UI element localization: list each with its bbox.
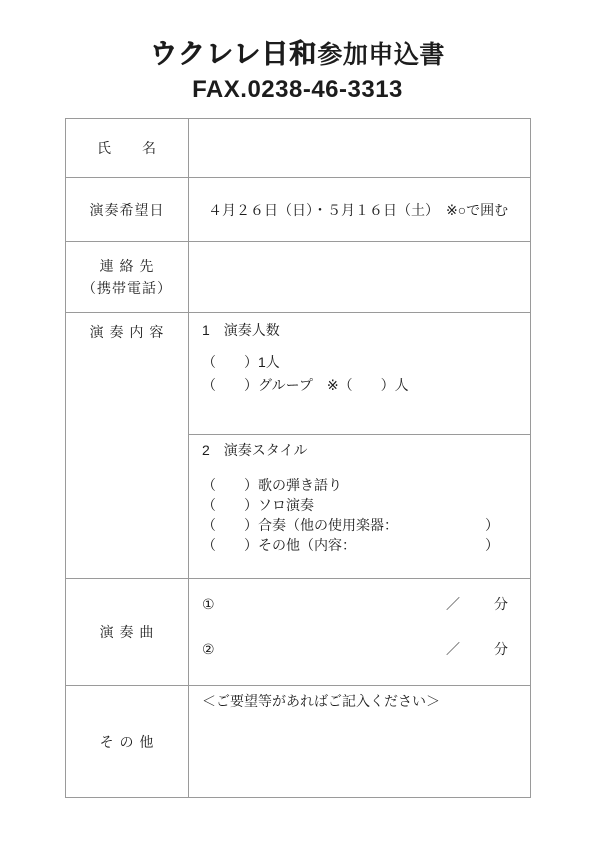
option-other-style-text: （ ）その他（内容： <box>202 535 356 555</box>
name-label: 氏 名 <box>66 119 189 178</box>
application-form-table: 氏 名 演奏希望日 ４月２６日（日）・５月１６日（土） ※○で囲む 連 絡 先 … <box>65 118 531 798</box>
option-other-style-close-paren: ） <box>485 535 499 555</box>
date-label: 演奏希望日 <box>66 178 189 242</box>
row-contact: 連 絡 先 （携帯電話） <box>66 242 531 313</box>
contact-label-line1: 連 絡 先 <box>66 255 188 277</box>
option-group: （ ）グループ ※（ ）人 <box>202 374 530 397</box>
row-other: そ の 他 ＜ご要望等があればご記入ください＞ <box>66 686 531 798</box>
form-header: ウクレレ日和参加申込書 FAX.0238-46-3313 <box>0 40 595 104</box>
row-performance-content: 演 奏 内 容 1 演奏人数 （ ）1人 （ ）グループ ※（ ）人 2 演奏ス… <box>66 313 531 579</box>
songs-cell: ① ／ 分 ② ／ 分 <box>189 579 531 686</box>
other-cell: ＜ご要望等があればご記入ください＞ <box>189 686 531 798</box>
title-suffix-text: 参加申込書 <box>317 41 445 69</box>
section2-heading: 2 演奏スタイル <box>202 442 530 458</box>
date-options-text: ４月２６日（日）・５月１６日（土） ※○で囲む <box>189 178 531 242</box>
song2-minutes-unit: 分 <box>494 640 508 658</box>
song1-minutes-unit: 分 <box>494 595 508 613</box>
option-ensemble-close-paren: ） <box>485 515 499 535</box>
song-line-2: ② ／ 分 <box>202 640 508 658</box>
option-solo: （ ）ソロ演奏 <box>202 495 530 515</box>
song2-slash: ／ <box>446 640 460 658</box>
song-line-1: ① ／ 分 <box>202 595 508 613</box>
application-form-page: ウクレレ日和参加申込書 FAX.0238-46-3313 氏 名 演奏希望日 ４… <box>0 0 595 842</box>
option-ensemble-text: （ ）合奏（他の使用楽器： <box>202 515 398 535</box>
row-name: 氏 名 <box>66 119 531 178</box>
song1-number: ① <box>202 595 215 613</box>
other-label: そ の 他 <box>66 686 189 798</box>
row-performance-date: 演奏希望日 ４月２６日（日）・５月１６日（土） ※○で囲む <box>66 178 531 242</box>
contact-fill-area <box>189 242 531 313</box>
page-title: ウクレレ日和参加申込書 <box>0 40 595 69</box>
fax-number: FAX.0238-46-3313 <box>0 76 595 104</box>
contact-label: 連 絡 先 （携帯電話） <box>66 242 189 313</box>
section-performer-count: 1 演奏人数 （ ）1人 （ ）グループ ※（ ）人 <box>189 313 530 435</box>
song2-number: ② <box>202 640 215 658</box>
songs-label: 演 奏 曲 <box>66 579 189 686</box>
option-one-person: （ ）1人 <box>202 351 530 374</box>
section-performance-style: 2 演奏スタイル （ ）歌の弾き語り （ ）ソロ演奏 （ ）合奏（他の使用楽器：… <box>189 435 530 555</box>
other-request-note: ＜ご要望等があればご記入ください＞ <box>202 692 530 710</box>
option-sing-and-play: （ ）歌の弾き語り <box>202 475 530 495</box>
content-label: 演 奏 内 容 <box>66 313 189 579</box>
title-logo-text: ウクレレ日和 <box>150 39 317 69</box>
row-performance-songs: 演 奏 曲 ① ／ 分 ② ／ 分 <box>66 579 531 686</box>
song1-slash: ／ <box>446 595 460 613</box>
name-fill-area <box>189 119 531 178</box>
content-cell: 1 演奏人数 （ ）1人 （ ）グループ ※（ ）人 2 演奏スタイル （ ）歌… <box>189 313 531 579</box>
option-ensemble: （ ）合奏（他の使用楽器： ） <box>202 515 530 535</box>
contact-label-line2: （携帯電話） <box>66 277 188 299</box>
option-other-style: （ ）その他（内容： ） <box>202 535 530 555</box>
section1-heading: 1 演奏人数 <box>202 322 530 338</box>
